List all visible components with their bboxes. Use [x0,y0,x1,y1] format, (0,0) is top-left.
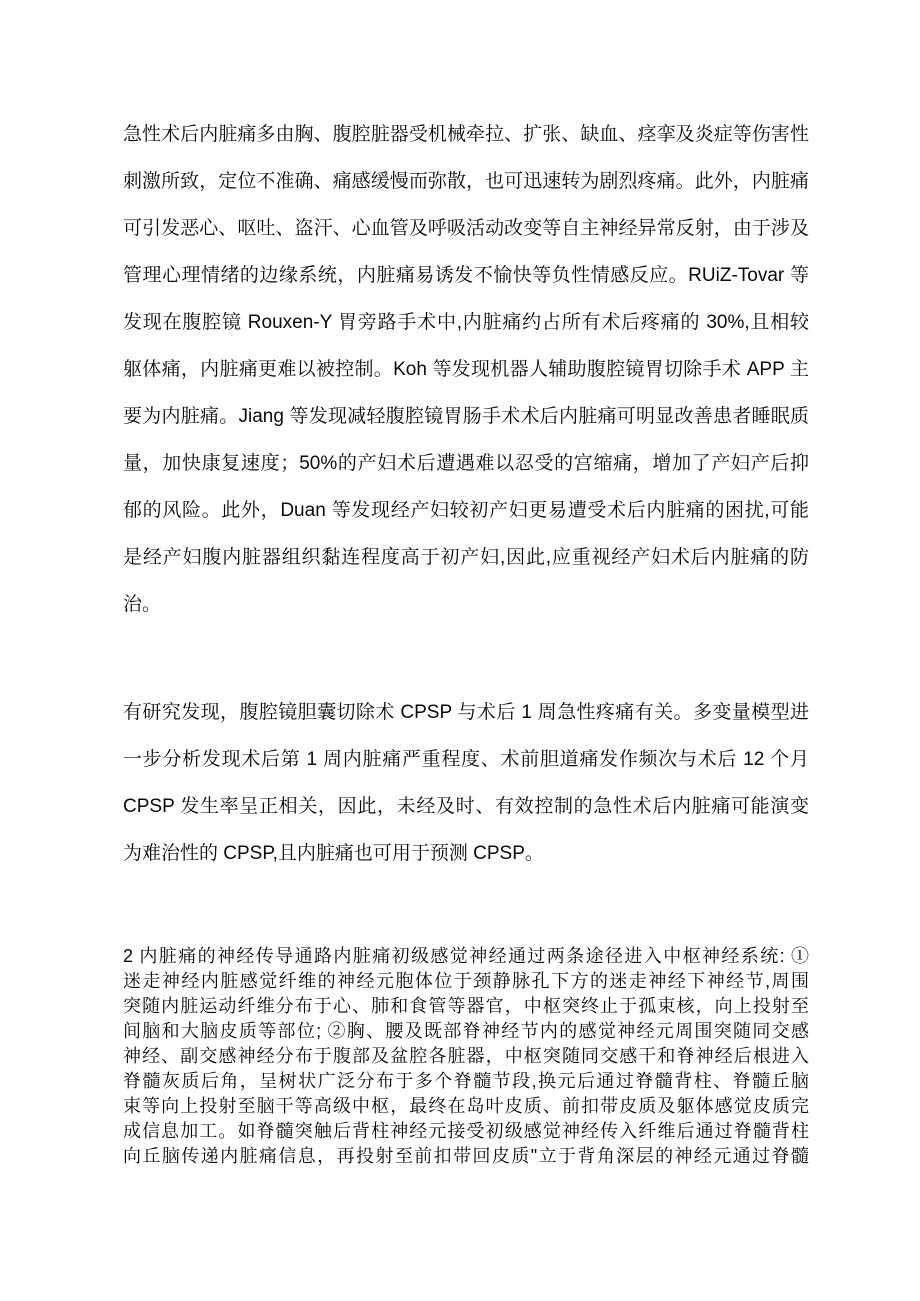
text-line: 急性术后内脏痛多由胸、腹腔脏器受机械牵拉、扩张、缺血、痉挛及炎症等伤害性 [123,111,809,158]
text-line: 2 内脏痛的神经传导通路内脏痛初级感觉神经通过两条途径进入中枢神经系统: ① [123,944,809,969]
text-line: 发现在腹腔镜 Rouxen-Y 胃旁路手术中,内脏痛约占所有术后疼痛的 30%,… [123,299,809,346]
text-line: 间脑和大脑皮质等部位; ②胸、腰及既部脊神经节内的感觉神经元周围突随同交感 [123,1019,809,1044]
text-line: 为难治性的 CPSP,且内脏痛也可用于预测 CPSP。 [123,830,809,877]
document-page: 急性术后内脏痛多由胸、腹腔脏器受机械牵拉、扩张、缺血、痉挛及炎症等伤害性 刺激所… [0,0,920,1301]
text-line: 管理心理情绪的边缘系统，内脏痛易诱发不愉快等负性情感反应。RUiZ-Tovar … [123,252,809,299]
paragraph-cpsp-prediction: 有研究发现，腹腔镜胆囊切除术 CPSP 与术后 1 周急性疼痛有关。多变量模型进… [123,689,809,877]
text-line: 可引发恶心、呕吐、盗汗、心血管及呼吸活动改变等自主神经异常反射，由于涉及 [123,205,809,252]
text-line: 有研究发现，腹腔镜胆囊切除术 CPSP 与术后 1 周急性疼痛有关。多变量模型进 [123,689,809,736]
text-line: 量，加快康复速度；50%的产妇术后遭遇难以忍受的宫缩痛，增加了产妇产后抑 [123,440,809,487]
text-line: 郁的风险。此外，Duan 等发现经产妇较初产妇更易遭受术后内脏痛的困扰,可能 [123,487,809,534]
text-line: 成信息加工。如脊髓突触后背柱神经元接受初级感觉神经传入纤维后通过脊髓背柱 [123,1119,809,1144]
text-line: 一步分析发现术后第 1 周内脏痛严重程度、术前胆道痛发作频次与术后 12 个月 [123,736,809,783]
paragraph-acute-postoperative-visceral-pain: 急性术后内脏痛多由胸、腹腔脏器受机械牵拉、扩张、缺血、痉挛及炎症等伤害性 刺激所… [123,111,809,628]
text-line: 脊髓灰质后角，呈树状广泛分布于多个脊髓节段,换元后通过脊髓背柱、脊髓丘脑 [123,1069,809,1094]
text-line: CPSP 发生率呈正相关，因此，未经及时、有效控制的急性术后内脏痛可能演变 [123,783,809,830]
text-line: 神经、副交感神经分布于腹部及盆腔各脏器，中枢突随同交感干和脊神经后根进入 [123,1044,809,1069]
text-line: 突随内脏运动纤维分布于心、肺和食管等器官，中枢突终止于孤束核，向上投射至 [123,994,809,1019]
paragraph-neural-conduction-pathway: 2 内脏痛的神经传导通路内脏痛初级感觉神经通过两条途径进入中枢神经系统: ① 迷… [123,944,809,1169]
text-line: 束等向上投射至脑干等高级中枢，最终在岛叶皮质、前扣带皮质及躯体感觉皮质完 [123,1094,809,1119]
text-line: 治。 [123,581,809,628]
text-line: 向丘脑传递内脏痛信息，再投射至前扣带回皮质"立于背角深层的神经元通过脊髓 [123,1144,809,1169]
text-line: 躯体痛，内脏痛更难以被控制。Koh 等发现机器人辅助腹腔镜胃切除手术 APP 主 [123,346,809,393]
text-line: 刺激所致，定位不准确、痛感缓慢而弥散，也可迅速转为剧烈疼痛。此外，内脏痛 [123,158,809,205]
text-line: 是经产妇腹内脏器组织黏连程度高于初产妇,因此,应重视经产妇术后内脏痛的防 [123,534,809,581]
text-line: 要为内脏痛。Jiang 等发现减轻腹腔镜胃肠手术术后内脏痛可明显改善患者睡眠质 [123,393,809,440]
text-line: 迷走神经内脏感觉纤维的神经元胞体位于颈静脉孔下方的迷走神经下神经节,周围 [123,969,809,994]
